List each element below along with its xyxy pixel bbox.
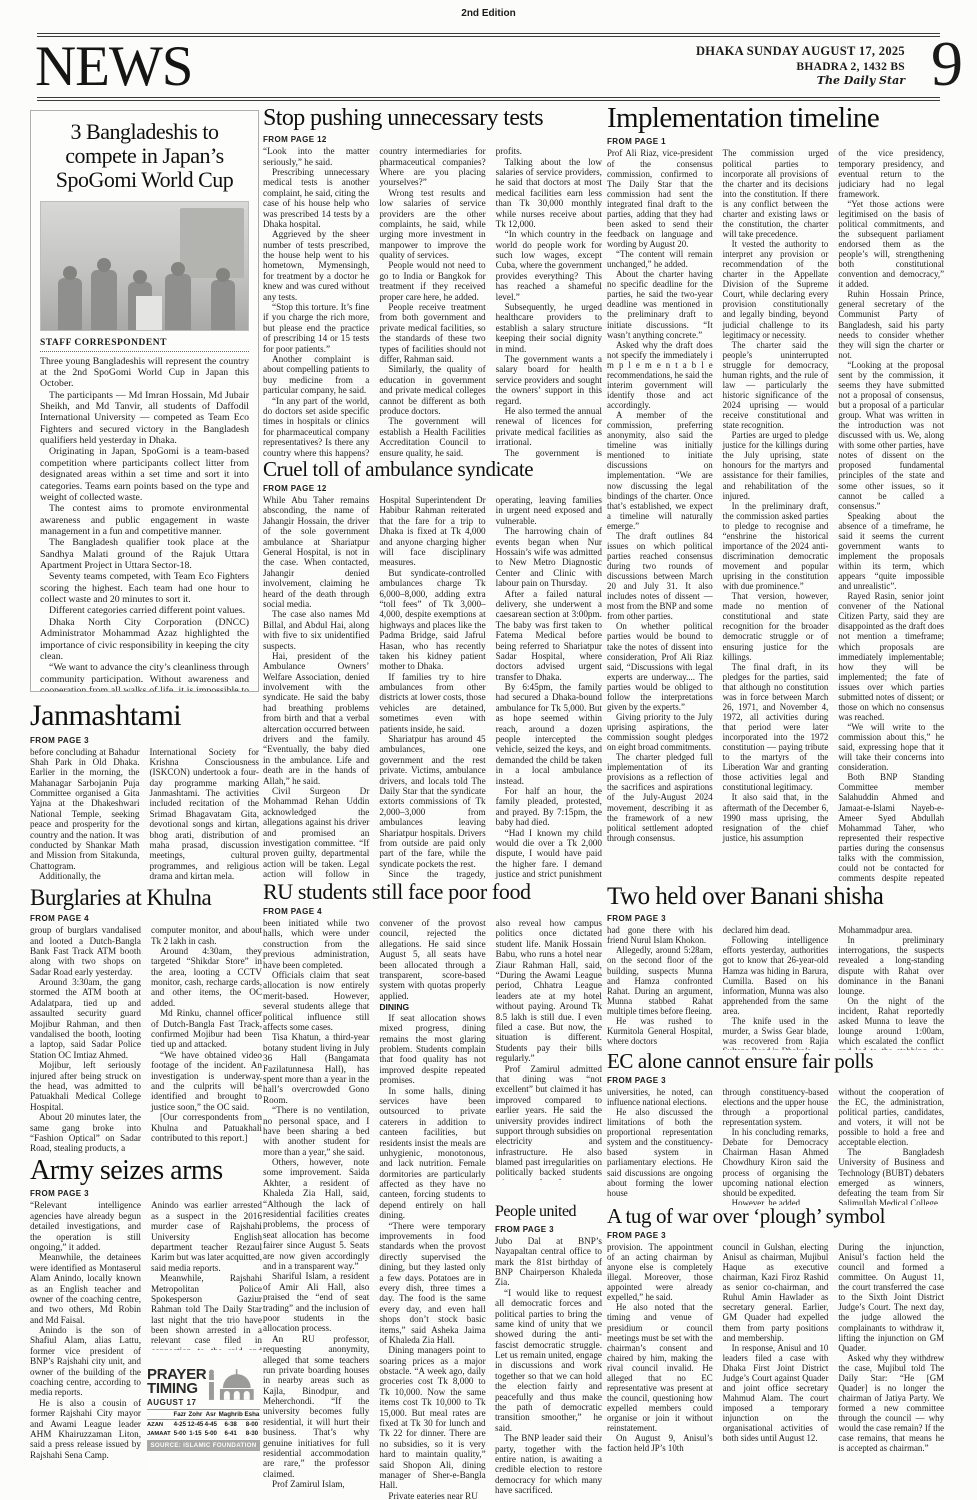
paragraph: Meanwhile, the detainees were identified… [30, 1252, 141, 1325]
article-stop-tests: Stop pushing unnecessary tests FROM PAGE… [263, 106, 602, 458]
section-title: NEWS [35, 38, 192, 95]
byline: STAFF CORRESPONDENT [40, 338, 249, 348]
masthead-date: DHAKA SUNDAY AUGUST 17, 2025 [696, 44, 905, 60]
paragraph: “I would like to request all democratic … [495, 1288, 602, 1433]
article-column: International Society for Krishna Consci… [150, 747, 260, 882]
photo-person [165, 274, 191, 330]
paragraph: profits. [496, 146, 602, 156]
paragraph: Aggrieved by the sheer number of tests p… [263, 229, 369, 302]
paragraph: In preliminary interrogations, the suspe… [838, 935, 944, 995]
prayer-time: 8-30 [244, 1429, 260, 1438]
paragraph: During the injunction, Anisul’s faction … [838, 1242, 944, 1353]
paragraph: of the vice presidency, temporary presid… [838, 148, 944, 198]
prayer-time: 4-45 [204, 1420, 218, 1430]
paragraph: council in Gulshan, electing Anisul as c… [723, 1242, 829, 1343]
paragraph: “In which country in the world do people… [496, 229, 602, 302]
from-page-kicker: FROM PAGE 3 [607, 1231, 944, 1240]
paragraph: Md Rinku, channel officer of Dutch-Bangl… [151, 1008, 262, 1050]
article-column: Prof Ali Riaz, vice-president of the con… [607, 148, 713, 842]
paragraph: Prof Zamirul admitted that dining was “n… [496, 1064, 602, 1181]
article-column: “Relevant intelligence agencies have alr… [30, 1200, 141, 1460]
article-ec-polls: EC alone cannot ensure fair polls FROM P… [607, 1050, 944, 1205]
paragraph: Subsequently, he urged healthcare provid… [496, 302, 602, 354]
paragraph: Asked why the draft does not specify the… [607, 340, 713, 410]
article-headline: Army seizes arms [30, 1156, 262, 1185]
paragraph: Prescribing unnecessary medical tests is… [263, 167, 369, 229]
prayer-time: 8-00 [244, 1420, 260, 1430]
paragraph: In some halls, dining services have been… [379, 1086, 485, 1221]
article-column: During the injunction, Anisul’s faction … [838, 1242, 944, 1453]
article-column: provision. The appointment of an acting … [607, 1242, 713, 1453]
prayer-title: PRAYER TIMING AUGUST 17 [147, 1368, 206, 1406]
paragraph: “There were temporary improvements in fo… [379, 1221, 485, 1346]
paragraph: Officials claim that seat allocation is … [263, 970, 369, 1032]
article-people-united: People united FROM PAGE 3 Jubo Dal at BN… [495, 1204, 602, 1500]
prayer-time: 5-00 [204, 1429, 218, 1438]
article-column: Jubo Dal at BNP’s Nayapaltan central off… [495, 1236, 602, 1496]
article-headline: People united [495, 1204, 602, 1221]
paragraph: “We want to advance the city’s cleanline… [40, 662, 249, 692]
paragraph: The charter said the people’s uninterrup… [723, 340, 829, 431]
paragraph: After a failed natural delivery, she und… [496, 589, 602, 683]
from-page-kicker: FROM PAGE 12 [263, 484, 602, 493]
paragraph: Additionally, the [30, 871, 140, 881]
paragraph: But syndicate-controlled ambulances char… [379, 568, 485, 672]
paragraph: Jubo Dal at BNP’s Nayapaltan central off… [495, 1236, 602, 1288]
article-spogomi: 3 Bangladeshis to compete in Japan’s Spo… [30, 110, 259, 692]
article-column: Mohammadpur area.In preliminary interrog… [838, 925, 944, 1050]
paragraph: The final draft, in its pledges for the … [723, 662, 829, 793]
paragraph: The government will establish a Health F… [379, 416, 485, 458]
paragraph: About 20 minutes later, the same gang br… [30, 1112, 141, 1154]
paragraph: Asked why they withdrew the case, Mujibu… [838, 1353, 944, 1454]
paragraph: The Bangladesh University of Business an… [838, 1147, 944, 1205]
from-page-kicker: FROM PAGE 1 [607, 137, 944, 146]
from-page-kicker: FROM PAGE 4 [263, 907, 602, 916]
paragraph: Dining managers point to soaring prices … [379, 1345, 485, 1490]
paragraph: Private eateries near RU [379, 1491, 485, 1500]
paragraph: also reveal how campus politics once dic… [496, 918, 602, 1063]
paragraph: Meanwhile, Rajshahi Metropolitan Police … [151, 1273, 262, 1350]
byline-divider [40, 350, 249, 352]
paragraph: He also termed the annual renewal of lic… [496, 406, 602, 448]
paragraph: In response, Anisul and 10 leaders filed… [723, 1343, 829, 1444]
article-column: operating, leaving families in urgent ne… [496, 495, 602, 880]
paragraph: Both BNP Standing Committee member Salah… [838, 772, 944, 884]
paragraph: It also said that, in the aftermath of t… [723, 792, 829, 842]
paragraph: Shariatpur has around 45 ambulances, one… [379, 734, 485, 869]
paragraph: Similarly, the quality of education in g… [379, 364, 485, 416]
article-column: profits.Talking about the low salaries o… [496, 146, 602, 458]
article-column: without the cooperation of the EC, the a… [838, 1087, 944, 1205]
paragraph: The harrowing chain of events began when… [496, 526, 602, 588]
page-number: 9 [931, 32, 963, 96]
paragraph: universities, he noted, can influence na… [607, 1087, 713, 1107]
article-column: “Look into the matter seriously,” he sai… [263, 146, 369, 458]
prayer-col: Maghrib [218, 1410, 244, 1420]
paragraph: If seat allocation shows mixed progress,… [379, 1013, 485, 1086]
paragraph: country intermediaries for pharmaceutica… [379, 146, 485, 188]
paragraph: “Stop this torture. It’s fine if you cha… [263, 302, 369, 354]
from-page-kicker: FROM PAGE 3 [30, 1189, 262, 1198]
paragraph: Prof Ali Riaz, vice-president of the con… [607, 148, 713, 249]
paragraph: On the night of the incident, Rahat repo… [838, 996, 944, 1050]
spogomi-photo [40, 201, 249, 331]
paragraph: That version, however, made no mention o… [723, 591, 829, 661]
paragraph: For half an hour, the family pleaded, pr… [496, 786, 602, 828]
article-column: council in Gulshan, electing Anisul as c… [723, 1242, 829, 1443]
paragraph: Civil Surgeon Dr Mohammad Rehan Uddin ac… [263, 786, 369, 880]
prayer-row-label: JAMAAT [147, 1429, 173, 1438]
photo-person [91, 270, 117, 330]
paragraph: convener of the provost council, rejecte… [379, 918, 485, 1001]
article-column: universities, he noted, can influence na… [607, 1087, 713, 1198]
paragraph: “We have obtained video footage of the i… [151, 1050, 262, 1112]
paragraph: Hai, president of the Ambulance Owners’ … [263, 651, 369, 786]
photo-backdrop [180, 208, 244, 278]
paragraph: The commission urged political parties t… [723, 148, 829, 239]
paragraph: Rayed Rasin, senior joint convener of th… [838, 591, 944, 722]
paragraph: Mohammadpur area. [838, 925, 944, 935]
paragraph: “Looking at the proposal sent by the com… [838, 360, 944, 511]
article-headline: Burglaries at Khulna [30, 886, 262, 910]
paragraph: Others, however, note some improvement. … [263, 1157, 369, 1271]
article-column: The commission urged political parties t… [723, 148, 829, 842]
article-headline: A tug of war over ‘plough’ symbol [607, 1205, 944, 1227]
paragraph: He also discussed the limitations of bot… [607, 1107, 713, 1198]
article-body: Three young Bangladeshis will represent … [40, 356, 249, 692]
paragraph: “Had I known my child would die over a T… [496, 828, 602, 880]
paragraph: through constituency-based elections and… [723, 1087, 829, 1127]
paragraph: However, he added, [723, 1198, 829, 1205]
paragraph: Around 4:30am, they targeted “Shikdar St… [151, 946, 262, 1008]
from-page-kicker: FROM PAGE 4 [30, 914, 262, 923]
paragraph: A member of the commission, preferring a… [607, 410, 713, 531]
prayer-timing-box: PRAYER TIMING AUGUST 17 Fazr Zohr Asr Ma… [147, 1368, 260, 1472]
article-column: had gone there with his friend Nurul Isl… [607, 925, 713, 1046]
article-column: convener of the provost council, rejecte… [379, 918, 485, 1500]
article-column: of the vice presidency, temporary presid… [838, 148, 944, 884]
photo-lectern [136, 296, 162, 330]
prayer-col: Fazr [173, 1410, 187, 1420]
paragraph: had gone there with his friend Nurul Isl… [607, 925, 713, 945]
paper-logo: The Daily Star [696, 74, 905, 88]
paragraph: Hospital Superintendent Dr Habibur Rahma… [379, 495, 485, 568]
paragraph: provision. The appointment of an acting … [607, 1242, 713, 1302]
article-column: been initiated while two halls, which we… [263, 918, 369, 1489]
masthead-date-bangla: BHADRA 2, 1432 BS [696, 60, 905, 74]
prayer-row-jamaat: JAMAAT 5-00 1-15 5-00 6-41 8-30 [147, 1429, 260, 1438]
paragraph: The participants — Md Imran Hossain, Md … [40, 390, 249, 447]
paragraph: The contest aims to promote environmenta… [40, 503, 249, 537]
paragraph: “The content will remain unchanged,” he … [607, 249, 713, 269]
paragraph: “Look into the matter seriously,” he sai… [263, 146, 369, 167]
paragraph: Wrong test results and low salaries of s… [379, 188, 485, 261]
paragraph: “Relevant intelligence agencies have alr… [30, 1200, 141, 1252]
paragraph: Different categories carried different p… [40, 605, 249, 616]
article-column: Anindo was earlier arrested as a suspect… [151, 1200, 262, 1350]
from-page-kicker: FROM PAGE 3 [30, 736, 259, 745]
prayer-title-line2: TIMING [147, 1382, 206, 1396]
prayer-col: Asr [204, 1410, 218, 1420]
paragraph: [Our correspondents from Khulna and Patu… [151, 1112, 262, 1143]
photo-person [58, 278, 82, 330]
article-headline: Two held over Banani shisha [607, 884, 944, 910]
article-headline: 3 Bangladeshis to compete in Japan’s Spo… [40, 120, 249, 193]
paragraph: Following intelligence efforts yesterday… [723, 935, 829, 1016]
from-page-kicker: FROM PAGE 3 [607, 1076, 944, 1085]
paragraph: computer monitor, and about Tk 2 lakh in… [151, 925, 262, 946]
paragraph: Seventy teams competed, with Team Eco Fi… [40, 571, 249, 605]
article-column: also reveal how campus politics once dic… [496, 918, 602, 1180]
paragraph: operating, leaving families in urgent ne… [496, 495, 602, 526]
paragraph: People would not need to go to India or … [379, 260, 485, 302]
paragraph: If families try to hire ambulances from … [379, 672, 485, 734]
paragraph: Ruhin Hossain Prince, general secretary … [838, 289, 944, 359]
paragraph: The case also names Md Billal, and Abdul… [263, 609, 369, 651]
prayer-source: SOURCE: ISLAMIC FOUNDATION [147, 1440, 260, 1451]
prayer-time: 4-25 [173, 1420, 187, 1430]
article-burglaries: Burglaries at Khulna FROM PAGE 4 group o… [30, 886, 262, 1154]
paragraph: Parties are urged to pledge justice for … [723, 430, 829, 500]
paragraph: without the cooperation of the EC, the a… [838, 1087, 944, 1147]
paragraph: By 6:45pm, the family had secured a Dhak… [496, 682, 602, 786]
prayer-time: 12-45 [187, 1420, 204, 1430]
prayer-time: 5-00 [173, 1429, 187, 1438]
article-column: group of burglars vandalised and looted … [30, 925, 141, 1154]
paragraph: before concluding at Bahadur Shah Park i… [30, 747, 140, 872]
article-column: declared him dead.Following intelligence… [723, 925, 829, 1050]
paragraph: He was rushed to Kurmitola General Hospi… [607, 1016, 713, 1046]
article-headline: Cruel toll of ambulance syndicate [263, 458, 602, 480]
paragraph: In the preliminary draft, the commission… [723, 501, 829, 592]
prayer-table: Fazr Zohr Asr Maghrib Esha AZAN 4-25 12-… [147, 1409, 260, 1438]
prayer-col-spacer [147, 1410, 173, 1420]
paragraph: “We will write to the commission about t… [838, 722, 944, 772]
mosque-icon [206, 1368, 260, 1402]
paragraph: group of burglars vandalised and looted … [30, 925, 141, 977]
paragraph: Mojibur, left seriously injured after be… [30, 1060, 141, 1112]
paragraph: “There is no ventilation, no personal sp… [263, 1105, 369, 1157]
article-timeline: Implementation timeline FROM PAGE 1 Prof… [607, 103, 944, 884]
paragraph: Allegedly, around 5:28am, on the second … [607, 945, 713, 1015]
prayer-time: 1-15 [187, 1429, 204, 1438]
prayer-time: 6-41 [218, 1429, 244, 1438]
paragraph: Speaking about the absence of a timefram… [838, 511, 944, 592]
article-headline: Implementation timeline [607, 103, 944, 133]
paragraph: The BNP leader said their party, togethe… [495, 1433, 602, 1495]
paragraph: International Society for Krishna Consci… [150, 747, 260, 882]
paragraph: The knife used in the murder, a Swiss Ge… [723, 1016, 829, 1050]
paragraph: It vested the authority to interpret any… [723, 239, 829, 340]
paragraph: “Yet those actions were legitimised on t… [838, 199, 944, 290]
paragraph: “In any part of the world, do doctors se… [263, 396, 369, 458]
paragraph: People receive treatment from both gover… [379, 302, 485, 364]
prayer-row-azan: AZAN 4-25 12-45 4-45 6-38 8-00 [147, 1420, 260, 1430]
article-column: country intermediaries for pharmaceutica… [379, 146, 485, 458]
paragraph: Anindo was earlier arrested as a suspect… [151, 1200, 262, 1273]
edition-label: 2nd Edition [0, 8, 977, 19]
paragraph: Another complaint is about compelling pa… [263, 354, 369, 396]
from-page-kicker: FROM PAGE 3 [607, 914, 944, 923]
article-headline: EC alone cannot ensure fair polls [607, 1050, 944, 1072]
article-column: Hospital Superintendent Dr Habibur Rahma… [379, 495, 485, 880]
paragraph: been initiated while two halls, which we… [263, 918, 369, 970]
article-ambulance: Cruel toll of ambulance syndicate FROM P… [263, 458, 602, 880]
paragraph: An RU professor, requesting anonymity, a… [263, 1334, 369, 1479]
paragraph: The government is working to review the … [496, 448, 602, 458]
paragraph: Giving priority to the July uprising asp… [607, 712, 713, 752]
newspaper-page: { "masthead": { "edition": "2nd Edition"… [0, 0, 977, 1500]
paragraph: Around 3:30am, the gang stormed the ATM … [30, 977, 141, 1060]
paragraph: The government wants a salary board for … [496, 354, 602, 406]
paragraph: The draft outlines 84 issues on which po… [607, 531, 713, 622]
paragraph: On August 9, Anisul’s faction held JP’s … [607, 1433, 713, 1453]
prayer-date: AUGUST 17 [147, 1399, 206, 1407]
from-page-kicker: FROM PAGE 12 [263, 135, 602, 144]
paragraph: He is also a cousin of former Rajshahi C… [30, 1398, 141, 1460]
prayer-time: 6-38 [218, 1420, 244, 1430]
article-headline: Janmashtami [30, 700, 259, 732]
paragraph: Anindo is the son of Shafiul Alam, alias… [30, 1325, 141, 1398]
article-column: through constituency-based elections and… [723, 1087, 829, 1205]
article-plough: A tug of war over ‘plough’ symbol FROM P… [607, 1205, 944, 1500]
paragraph: On whether political parties would be bo… [607, 621, 713, 712]
paragraph: Originating in Japan, SpoGomi is a team-… [40, 446, 249, 503]
masthead-bottom-rule [37, 97, 940, 101]
article-column: computer monitor, and about Tk 2 lakh in… [151, 925, 262, 1143]
article-janmashtami: Janmashtami FROM PAGE 3 before concludin… [30, 700, 259, 884]
photo-person [211, 280, 235, 330]
paragraph: Tisa Khatun, a third-year botany student… [263, 1032, 369, 1105]
paragraph: Three young Bangladeshis will represent … [40, 356, 249, 390]
article-headline: RU students still face poor food [263, 880, 602, 903]
article-column: before concluding at Bahadur Shah Park i… [30, 747, 140, 882]
paragraph: Dhaka North City Corporation (DNCC) Admi… [40, 617, 249, 662]
from-page-kicker: FROM PAGE 3 [495, 1225, 602, 1234]
paragraph: In his concluding remarks, Debate for De… [723, 1127, 829, 1197]
paragraph: The Bangladesh qualifier took place at t… [40, 537, 249, 571]
paragraph: Shariful Islam, a resident of Amir Ali H… [263, 1271, 369, 1333]
paragraph: declared him dead. [723, 925, 829, 935]
prayer-col: Zohr [187, 1410, 204, 1420]
prayer-row-label: AZAN [147, 1420, 173, 1430]
paragraph: Talking about the low salaries of servic… [496, 157, 602, 230]
paragraph: The charter pledged full implementation … [607, 752, 713, 843]
prayer-col: Esha [244, 1410, 260, 1420]
paragraph: While Abu Taher remains absconding, the … [263, 495, 369, 609]
masthead-meta: DHAKA SUNDAY AUGUST 17, 2025 BHADRA 2, 1… [696, 44, 905, 88]
paragraph: About the charter having no specific dea… [607, 269, 713, 339]
article-banani: Two held over Banani shisha FROM PAGE 3 … [607, 884, 944, 1050]
paragraph: Prof Zamirul Islam, [263, 1479, 369, 1489]
paragraph: Since the tragedy, ambulance services at… [379, 869, 485, 880]
paragraph: DINING [379, 1003, 485, 1013]
article-headline: Stop pushing unnecessary tests [263, 106, 602, 131]
article-column: While Abu Taher remains absconding, the … [263, 495, 369, 880]
paragraph: He also noted that the timing and venue … [607, 1302, 713, 1433]
